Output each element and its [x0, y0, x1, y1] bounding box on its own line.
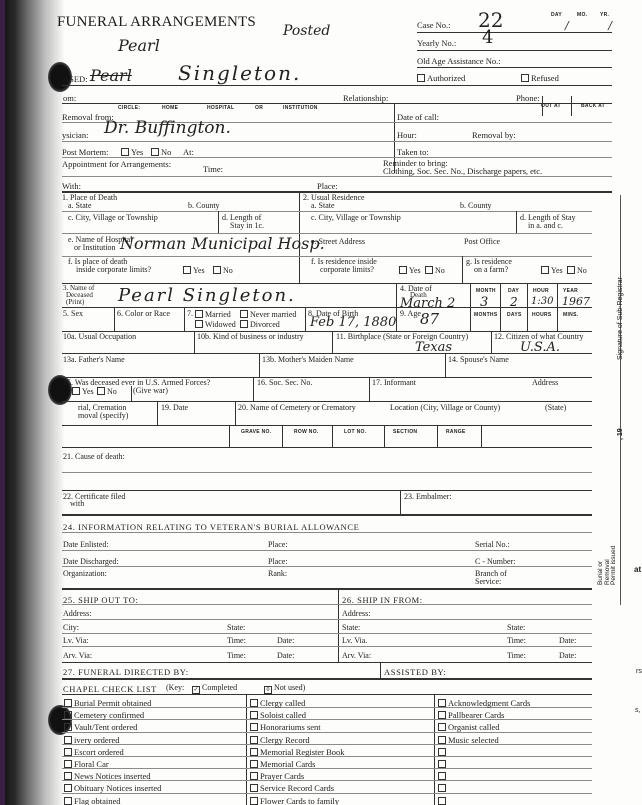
date-enlisted-label: Date Enlisted:: [63, 541, 109, 549]
place-label: Place:: [317, 182, 338, 191]
rule: [417, 50, 612, 51]
circle-hospital: HOSPITAL: [207, 105, 234, 111]
street-label: e. Street Address: [311, 238, 365, 246]
spouse-label: 14. Spouse's Name: [448, 356, 509, 364]
year-prefix: , 19: [617, 428, 624, 440]
checkbox-icon: [64, 760, 72, 768]
checkbox-icon: [417, 74, 425, 82]
divider: [516, 211, 517, 233]
state-label: (State): [545, 404, 566, 412]
rule: [62, 532, 592, 533]
checklist-item[interactable]: Flower Cards to family: [250, 796, 339, 805]
rule: [417, 67, 612, 68]
checkbox-icon: [64, 711, 72, 719]
posted-note: Posted: [283, 24, 330, 38]
case-date-value: / /: [565, 20, 630, 31]
checklist-item[interactable]: [438, 771, 448, 781]
residence-city-label: c. City, Village or Township: [311, 214, 401, 222]
dob-value: Feb 17, 1880: [310, 316, 396, 329]
embalmer-label: 23. Embalmer:: [404, 493, 452, 501]
rule: [62, 85, 612, 86]
color-label: 6. Color or Race: [117, 310, 170, 318]
checklist-item-label: Obituary Notices inserted: [74, 783, 161, 793]
farm-yes[interactable]: Yes: [541, 266, 563, 275]
checkbox-icon: [425, 266, 433, 274]
certificate-label-2: with: [70, 500, 84, 508]
divider: [437, 425, 438, 447]
checkbox-icon: [213, 266, 221, 274]
ship-out-arv-time-label: Time:: [227, 652, 246, 660]
checklist-item-label: Cemetery confirmed: [74, 710, 144, 720]
divider: [131, 386, 132, 401]
from-label: om:: [63, 94, 76, 103]
checkbox-icon: [183, 266, 191, 274]
divider: [571, 96, 572, 116]
ship-out-arv-date-label: Date:: [277, 652, 294, 660]
no-label: No: [577, 266, 587, 275]
removal-by-label: Removal by:: [472, 131, 516, 140]
circle-home: HOME: [162, 105, 178, 111]
hospital-label-2: or Institution: [74, 244, 116, 252]
month-col-label: MONTH: [476, 288, 496, 294]
checkbox-icon: [438, 784, 446, 792]
checklist-item[interactable]: Soloist called: [250, 710, 306, 720]
appointment-label: Appointment for Arrangements:: [62, 160, 171, 169]
checklist-item-label: Pallbearer Cards: [448, 710, 504, 720]
directed-by-label: 27. FUNERAL DIRECTED BY:: [63, 667, 189, 677]
divider: [384, 425, 385, 447]
rule: [62, 490, 592, 491]
divider: [229, 425, 230, 447]
post-mortem-label: Post Mortem:: [62, 148, 109, 157]
ship-out-lv-date-label: Date:: [277, 637, 294, 645]
month-label: MO.: [577, 12, 587, 18]
yes-label: Yes: [131, 147, 143, 157]
post-office-label: Post Office: [464, 238, 500, 246]
checkbox-icon: [438, 699, 446, 707]
married-label: Married: [205, 310, 231, 319]
death-limits-label-2: inside corporate limits?: [76, 266, 151, 274]
date-label: 19. Date: [161, 404, 188, 412]
farm-label-2: on a farm?: [474, 266, 508, 274]
yes-label: Yes: [82, 387, 94, 396]
edge-text: at: [634, 566, 641, 574]
ship-out-city-label: City:: [63, 624, 79, 632]
checkbox-icon: [438, 736, 446, 744]
residence-limits-yes[interactable]: Yes: [399, 266, 421, 275]
checkbox-icon: [250, 723, 258, 731]
widowed-checkbox[interactable]: Widowed: [195, 320, 236, 329]
out-at-label: OUT AT: [541, 103, 561, 109]
signature-label: Signature of Sub-Registrar: [617, 277, 624, 360]
divorced-checkbox[interactable]: Divorced: [240, 320, 280, 329]
checklist-item-label: Escort ordered: [74, 747, 124, 757]
death-length-label-2: Stay in 1c.: [230, 222, 264, 230]
checklist-item[interactable]: News Notices inserted: [64, 771, 150, 781]
divider: [332, 331, 333, 353]
taken-to-label: Taken to:: [397, 148, 429, 157]
section-label: SECTION: [393, 429, 417, 435]
ship-in-arv-via-label: Arv. Via:: [342, 652, 371, 660]
checklist-item[interactable]: Pallbearer Cards: [438, 710, 504, 720]
checkbox-icon: [195, 320, 203, 328]
key-completed: ✓Completed: [192, 684, 237, 694]
divider: [491, 331, 492, 353]
checklist-item[interactable]: Cemetery confirmed: [64, 710, 144, 720]
divider: [305, 307, 306, 331]
reminder-text: Clothing, Soc. Sec. No., Discharge paper…: [383, 167, 542, 176]
checklist-item-label: News Notices inserted: [74, 771, 150, 781]
yes-label: Yes: [193, 266, 205, 275]
checkbox-icon: [438, 723, 446, 731]
days-label: DAYS: [507, 312, 522, 318]
divider: [184, 307, 185, 331]
ship-out-lv-via-label: Lv. Via:: [63, 637, 89, 645]
grave-no-label: GRAVE NO.: [241, 429, 271, 435]
checklist-item-label: Clergy Record: [260, 735, 310, 745]
checklist-item[interactable]: Music selected: [438, 735, 499, 745]
no-label: No: [435, 266, 445, 275]
checklist-item-label: Vault/Tent ordered: [74, 722, 137, 732]
checklist-item-label: Flower Cards to family: [260, 796, 339, 805]
checklist-item-label: Flag obtained: [74, 796, 121, 805]
divider: [235, 401, 236, 425]
year-label: YR.: [600, 12, 609, 18]
mins-label: MINS.: [563, 312, 578, 318]
rule: [62, 768, 592, 769]
circle-or: OR: [255, 105, 263, 111]
year-value: 1967: [562, 296, 590, 307]
residence-limits-label-2: corporate limits?: [320, 266, 374, 274]
divider: [380, 662, 381, 678]
location-label: Location (City, Village or County): [390, 404, 500, 412]
checklist-item-label: Floral Car: [74, 759, 109, 769]
ship-in-lv-date-label: Date:: [559, 637, 576, 645]
checkbox-icon: [64, 784, 72, 792]
yes-label: Yes: [409, 266, 421, 275]
widowed-label: Widowed: [205, 320, 236, 329]
checklist-item-label: Prayer Cards: [260, 771, 304, 781]
rule: [62, 141, 612, 142]
ship-in-address-label: Address:: [342, 610, 370, 618]
ship-in-arv-date-label: Date:: [559, 652, 576, 660]
death-county-label: b. County: [188, 202, 220, 210]
rule: [62, 103, 612, 104]
rule: [62, 447, 592, 448]
checkbox-icon: [97, 387, 105, 395]
checklist-item-label: Honorariums sent: [260, 722, 321, 732]
checkbox-icon: [64, 772, 72, 780]
ship-out-arv-via-label: Arv. Via:: [63, 652, 92, 660]
farm-no[interactable]: No: [567, 266, 587, 275]
rule: [62, 514, 592, 516]
checkbox-icon: [121, 148, 129, 156]
months-label: MONTHS: [474, 312, 497, 318]
permit-label: Burial or Removal Permit issued: [598, 540, 618, 585]
date-discharged-label: Date Discharged:: [63, 558, 119, 566]
residence-limits-no[interactable]: No: [425, 266, 445, 275]
business-label: 10b. Kind of business or industry: [197, 333, 304, 341]
death-limits-yes[interactable]: Yes: [183, 266, 205, 275]
checkbox-icon: [438, 772, 446, 780]
day-label: DAY: [551, 12, 562, 18]
circle-label: CIRCLE:: [118, 105, 140, 111]
divider: [114, 307, 115, 331]
checkbox-icon: [250, 797, 258, 805]
informant-label: 17. Informant: [372, 379, 416, 387]
checklist-item[interactable]: Clergy called: [250, 698, 305, 708]
no-label: No: [161, 147, 171, 157]
hospital-value: Norman Municipal Hosp.: [120, 236, 325, 252]
residence-state-label: a. State: [311, 202, 335, 210]
deceased-label: ASED:: [63, 75, 88, 84]
name-label-3: (Print): [66, 299, 84, 306]
divider: [218, 211, 219, 233]
checkbox-icon: [541, 266, 549, 274]
post-mortem-yes[interactable]: Yes: [121, 148, 143, 157]
checkbox-icon: [567, 266, 575, 274]
checklist-item[interactable]: Prayer Cards: [250, 771, 304, 781]
checklist-item[interactable]: [438, 796, 448, 805]
cause-label: 21. Cause of death:: [63, 453, 125, 461]
checklist-item[interactable]: Floral Car: [64, 759, 109, 769]
armed-no[interactable]: No: [97, 387, 117, 396]
refused-checkbox[interactable]: Refused: [521, 74, 559, 83]
checklist-item[interactable]: Memorial Cards: [250, 759, 315, 769]
checkbox-icon: [64, 736, 72, 744]
mother-label: 13b. Mother's Maiden Name: [262, 356, 354, 364]
rule: [62, 176, 612, 177]
checkbox-icon: [64, 748, 72, 756]
zero-icon: 0: [264, 686, 272, 694]
checklist-heading: CHAPEL CHECK LIST: [63, 684, 157, 694]
give-war-label: (Give war): [133, 387, 168, 395]
ship-in-state-label-2: State:: [507, 624, 525, 632]
checkbox-icon: [72, 387, 80, 395]
edge-text: s,: [635, 707, 640, 714]
checklist-item-label: Soloist called: [260, 710, 306, 720]
checkbox-icon: [521, 74, 529, 82]
sex-label: 5. Sex: [63, 310, 83, 318]
checkbox-icon: [240, 320, 248, 328]
divider: [282, 425, 283, 447]
hour-col-label: HOUR: [533, 288, 549, 294]
key-not-used: 0Not used): [264, 684, 305, 694]
physician-label: ysician:: [62, 131, 88, 140]
post-mortem-no[interactable]: No: [151, 148, 171, 157]
rule: [62, 619, 592, 620]
checkbox-icon: [64, 797, 72, 805]
yes-label: Yes: [551, 266, 563, 275]
rule: [417, 32, 612, 33]
checkbox-icon: [250, 748, 258, 756]
checklist-item-label: Clergy called: [260, 698, 305, 708]
edge-text: rs: [636, 668, 642, 675]
refused-label: Refused: [531, 73, 559, 83]
divider: [462, 256, 463, 283]
divider: [157, 401, 158, 425]
rule: [62, 604, 592, 605]
checkbox-icon: [438, 797, 446, 805]
divider: [434, 694, 435, 805]
rule: [62, 678, 592, 680]
relationship-label: Relationship:: [343, 94, 388, 103]
c-number-label: C - Number:: [475, 558, 515, 566]
deceased-first-name: Pearl: [118, 38, 160, 54]
checkbox-icon: [64, 699, 72, 707]
back-at-label: BACK AT: [581, 103, 605, 109]
organization-label: Organization:: [63, 570, 107, 578]
checkbox-icon: [64, 723, 72, 731]
checkbox-icon: [250, 699, 258, 707]
ship-out-lv-time-label: Time:: [227, 637, 246, 645]
checklist-item[interactable]: [438, 783, 448, 793]
enlisted-place-label: Place:: [268, 541, 288, 549]
rule: [62, 401, 592, 402]
checklist-item[interactable]: [438, 759, 448, 769]
key-label: (Key:: [166, 684, 184, 692]
checklist-item-label: Music selected: [448, 735, 499, 745]
age-value: 87: [420, 312, 439, 327]
rule: [62, 157, 612, 158]
checkbox-icon: [250, 772, 258, 780]
ship-in-state-label: State:: [342, 624, 360, 632]
checklist-item[interactable]: Burial Permit obtained: [64, 698, 151, 708]
ship-in-arv-time-label: Time:: [507, 652, 526, 660]
checkbox-icon: [438, 748, 446, 756]
rule: [62, 566, 592, 567]
divider: [400, 490, 401, 514]
ship-out-address-label: Address:: [63, 610, 91, 618]
death-city-label: c. City, Village or Township: [68, 214, 158, 222]
row-no-label: ROW NO.: [294, 429, 319, 435]
old-age-label: Old Age Assistance No.:: [417, 57, 501, 66]
checklist-item[interactable]: Escort ordered: [64, 747, 124, 757]
checklist-item[interactable]: ivery ordered: [64, 735, 120, 745]
with-label: With:: [62, 182, 81, 191]
checkbox-icon: [195, 310, 203, 318]
lot-no-label: LOT NO.: [344, 429, 366, 435]
deceased-last-name: Singleton.: [178, 63, 301, 83]
rule: [62, 744, 592, 745]
divider: [332, 425, 333, 447]
divorced-label: Divorced: [250, 320, 280, 329]
time-label: Time:: [203, 165, 223, 174]
year-col-label: YEAR: [563, 288, 578, 294]
checklist-item-label: Memorial Cards: [260, 759, 315, 769]
rule: [62, 307, 592, 308]
form-title: FUNERAL ARRANGEMENTS: [57, 14, 256, 31]
rule: [62, 472, 592, 473]
yearly-no-value: 4: [482, 29, 493, 47]
hours-label: HOURS: [532, 312, 552, 318]
married-checkbox[interactable]: Married: [195, 310, 231, 319]
rank-label: Rank:: [268, 570, 287, 578]
rule: [62, 662, 592, 663]
divider: [194, 331, 195, 353]
checklist-item-label: Service Record Cards: [260, 783, 334, 793]
rule: [62, 550, 592, 551]
checklist-item[interactable]: Memorial Register Book: [250, 747, 345, 757]
occupation-label: 10a. Usual Occupation: [63, 333, 136, 341]
physician-value: Dr. Buffington.: [104, 120, 231, 137]
serial-no-label: Serial No.:: [475, 541, 510, 549]
checkbox-icon: [399, 266, 407, 274]
divider: [445, 353, 446, 377]
discharged-place-label: Place:: [268, 558, 288, 566]
checklist-item[interactable]: Service Record Cards: [250, 783, 334, 793]
checklist-item[interactable]: Clergy Record: [250, 735, 310, 745]
divider: [246, 694, 247, 805]
checklist-item[interactable]: Flag obtained: [64, 796, 121, 805]
checklist-item-label: Acknowledgment Cards: [448, 698, 530, 708]
armed-yes[interactable]: Yes: [72, 387, 94, 396]
checkbox-icon: [250, 784, 258, 792]
divider: [259, 353, 260, 377]
never-married-checkbox[interactable]: Never married: [240, 310, 296, 319]
rule: [62, 283, 592, 284]
checklist-item[interactable]: Organist called: [438, 722, 500, 732]
checklist-item[interactable]: Obituary Notices inserted: [64, 783, 161, 793]
authorized-label: Authorized: [427, 73, 465, 83]
deceased-struck-name: Pearl: [90, 68, 132, 84]
hour-value: 1:30: [531, 297, 553, 307]
checklist-item[interactable]: Honorariums sent: [250, 722, 321, 732]
rule: [62, 211, 592, 212]
checklist-item-label: Organist called: [448, 722, 500, 732]
checkbox-icon: [250, 736, 258, 744]
rule: [62, 646, 592, 647]
rule: [62, 732, 592, 733]
residence-length-label-2: in a. and c.: [528, 222, 563, 230]
checkbox-icon: [250, 760, 258, 768]
checkbox-icon: [250, 711, 258, 719]
death-state-label: a. State: [68, 202, 92, 210]
age-label: 9. Age: [400, 310, 421, 318]
checklist-item-label: ivery ordered: [74, 735, 120, 745]
ssn-label: 16. Soc. Sec. No.: [257, 379, 312, 387]
divider: [481, 425, 482, 447]
father-label: 13a. Father's Name: [63, 356, 125, 364]
no-label: No: [107, 387, 117, 396]
rule: [62, 588, 592, 590]
divider: [369, 377, 370, 401]
hour-label: Hour:: [397, 131, 417, 140]
residence-county-label: b. County: [460, 202, 492, 210]
rule: [62, 633, 592, 634]
completed-label: Completed: [202, 683, 237, 692]
authorized-checkbox[interactable]: Authorized: [417, 74, 465, 83]
circle-institution: INSTITUTION: [283, 105, 318, 111]
at-label: At:: [183, 148, 194, 157]
ship-in-lv-time-label: Time:: [507, 637, 526, 645]
rule: [62, 353, 592, 354]
margin-line: [620, 195, 621, 605]
rule: [62, 425, 592, 426]
death-limits-no[interactable]: No: [213, 266, 233, 275]
checklist-item[interactable]: [438, 747, 448, 757]
checklist-item[interactable]: Acknowledgment Cards: [438, 698, 530, 708]
ship-in-lv-via-label: Lv. Via.: [342, 637, 367, 645]
never-married-label: Never married: [250, 310, 296, 319]
name-value: Pearl Singleton.: [118, 287, 296, 305]
phone-label: Phone:: [516, 94, 540, 103]
checkbox-icon: [438, 711, 446, 719]
checklist-item[interactable]: Vault/Tent ordered: [64, 722, 137, 732]
checkbox-icon: [240, 310, 248, 318]
range-label: RANGE: [446, 429, 466, 435]
cemetery-label: 20. Name of Cemetery or Crematory: [238, 404, 356, 412]
